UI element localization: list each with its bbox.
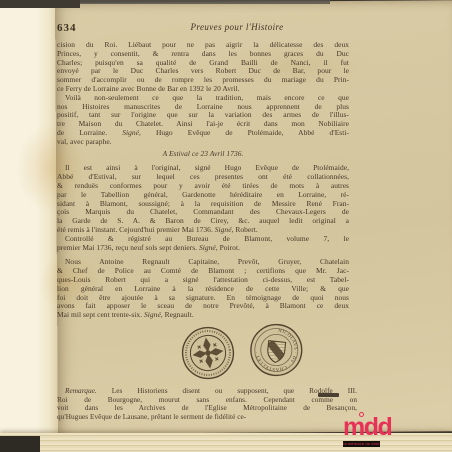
text-column: 634 Preuves pour l'Histoire cision du Ro… [57,22,349,421]
book-photo: 634 Preuves pour l'Histoire cision du Ro… [0,0,452,452]
running-title: Preuves pour l'Histoire [117,22,357,32]
text-line: Mai mil sept cent trente-six. Signé, Reg… [57,311,349,320]
chastellet-arms-seal: NICOLAVS · DV · CHASTELLET · [247,320,306,379]
logo-letters: mdd [343,413,391,441]
ink-smudge [318,393,339,397]
body-text: cision du Roi. Liébaut pour ne pas aigri… [57,41,349,320]
paragraph: A Estival ce 23 Avril 1736. [57,150,349,159]
logo-tagline: la mémoire du droit [343,442,379,446]
logo-tagline-bar: la mémoire du droit [343,441,380,447]
paragraph: Remarque. Les Historiens disent ou suppo… [57,387,357,421]
text-line: Remarque. Les Historiens disent ou suppo… [57,387,357,396]
page-number: 634 [57,22,77,34]
paragraph: Voilà non-seulement ce que la tradition,… [57,94,349,147]
text-line: voit dans les Archives de l'Eglise Métro… [57,404,357,413]
cross-fleury-seal [178,322,239,383]
text-line: Roi de Bourgogne, mourut sans enfans. Ce… [57,396,357,405]
mdd-logo: mdd [343,415,383,439]
photo-bottom-corner [0,436,40,452]
remarque-note: Remarque. Les Historiens disent ou suppo… [57,387,357,421]
text-line: premier Mai 1736, reçu neuf sols sept de… [57,244,349,253]
text-line: val, avec paraphe. [57,138,349,147]
photo-top-corner [0,0,80,8]
bookseller-watermark: mdd la mémoire du droit [343,415,383,447]
running-header: 634 Preuves pour l'Histoire [57,22,349,35]
paragraph: Controllé & régistré au Bureau de Blamon… [57,235,349,253]
notarial-seals: NICOLAVS · DV · CHASTELLET · [181,325,349,381]
text-line: qu'Hugues Evêque de Lausane, prêtant le … [57,413,357,422]
paragraph: Nous Antoine Regnault Capitaine, Prevôt,… [57,258,349,320]
paragraph: Il est ainsi à l'original, signé Hugo Ev… [57,164,349,234]
logo-ring-accent [359,412,364,417]
text-line: A Estival ce 23 Avril 1736. [57,150,349,159]
facing-page-edge [0,2,58,444]
paragraph: cision du Roi. Liébaut pour ne pas aigri… [57,41,349,94]
